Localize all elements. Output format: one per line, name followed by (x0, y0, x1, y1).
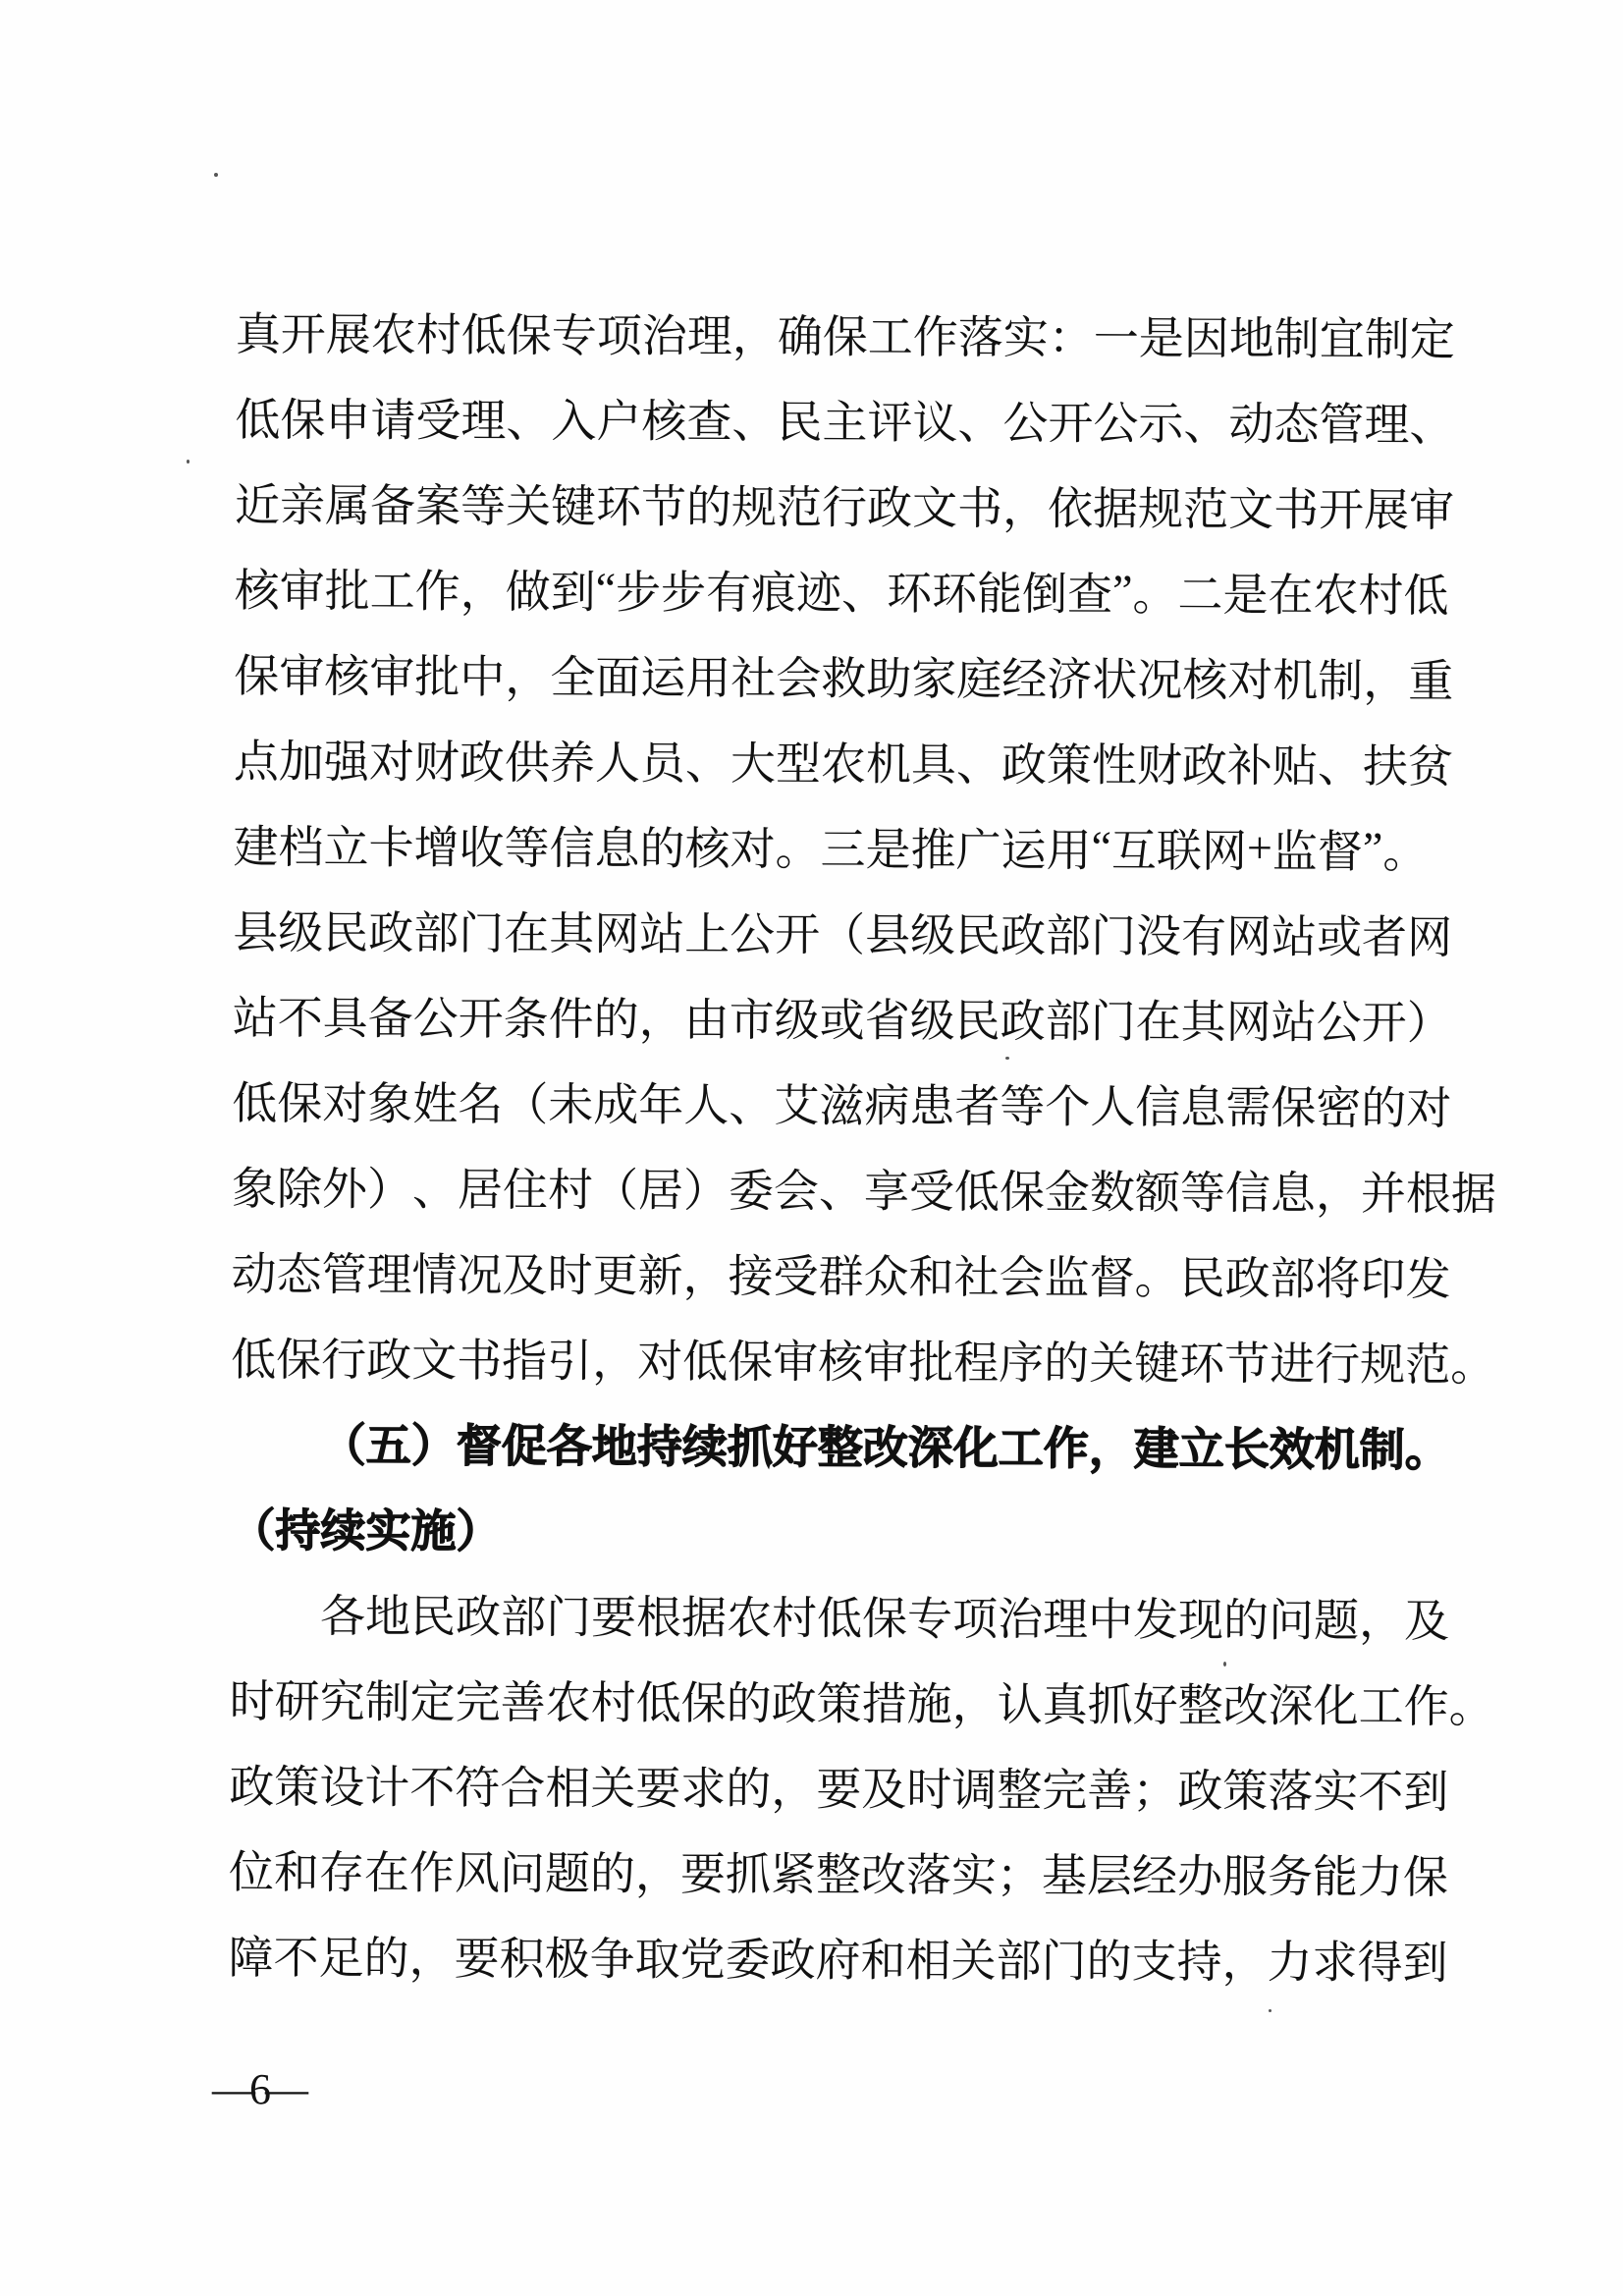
text-line: （五）督促各地持续抓好整改深化工作，建立长效机制。 (231, 1398, 1396, 1489)
scan-speck (1269, 2009, 1271, 2012)
text-line: 真开展农村低保专项治理，确保工作落实：一是因地制宜制定 (236, 288, 1401, 378)
scan-speck (214, 173, 218, 177)
text-line: 近亲属备案等关键环节的规范行政文书，依据规范文书开展审 (235, 459, 1400, 549)
text-line: 县级民政部门在其网站上公开（县级民政部门没有网站或者网 (233, 886, 1398, 976)
document-page: 真开展农村低保专项治理，确保工作落实：一是因地制宜制定低保申请受理、入户核查、民… (0, 0, 1623, 2296)
text-line: 动态管理情况及时更新，接受群众和社会监督。民政部将印发 (231, 1228, 1396, 1318)
scan-speck (1005, 1057, 1009, 1060)
text-line: 位和存在作风问题的，要抓紧整改落实；基层经办服务能力保 (229, 1826, 1394, 1916)
text-line: 象除外）、居住村（居）委会、享受低保金数额等信息，并根据 (232, 1142, 1397, 1232)
text-line: 低保对象姓名（未成年人、艾滋病患者等个人信息需保密的对 (232, 1057, 1397, 1147)
document-body: 真开展农村低保专项治理，确保工作落实：一是因地制宜制定低保申请受理、入户核查、民… (228, 288, 1401, 2001)
text-line: 时研究制定完善农村低保的政策措施，认真抓好整改深化工作。 (230, 1655, 1395, 1745)
text-line: 障不足的，要积极争取党委政府和相关部门的支持，力求得到 (228, 1911, 1393, 2001)
text-line: 各地民政部门要根据农村低保专项治理中发现的问题，及 (230, 1569, 1395, 1660)
text-line: 政策设计不符合相关要求的，要及时调整完善；政策落实不到 (229, 1740, 1394, 1831)
text-line: 核审批工作，做到“步步有痕迹、环环能倒查”。二是在农村低 (234, 544, 1399, 634)
text-line: （持续实施） (230, 1484, 1395, 1574)
text-line: 低保行政文书指引，对低保审核审批程序的关键环节进行规范。 (231, 1313, 1396, 1403)
text-line: 站不具备公开条件的，由市级或省级民政部门在其网站公开） (233, 971, 1398, 1062)
text-line: 点加强对财政供养人员、大型农机具、政策性财政补贴、扶贫 (234, 715, 1399, 805)
scan-speck (1223, 1662, 1226, 1667)
scan-speck (187, 460, 189, 464)
text-line: 低保申请受理、入户核查、民主评议、公开公示、动态管理、 (235, 373, 1400, 464)
page-number: —6— (212, 2064, 302, 2114)
text-line: 保审核审批中，全面运用社会救助家庭经济状况核对机制，重 (234, 629, 1399, 720)
text-line: 建档立卡增收等信息的核对。三是推广运用“互联网+监督”。 (233, 800, 1398, 891)
